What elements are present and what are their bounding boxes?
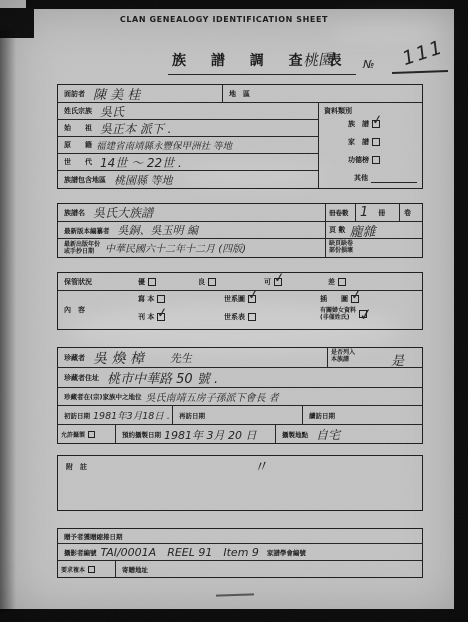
listed-value: 是 <box>391 350 404 369</box>
row-value: 14世 ～ 22世 . <box>100 154 182 171</box>
row-label: 姓氏宗族 <box>64 106 92 116</box>
table-row: 世 代 14世 ～ 22世 . <box>58 154 318 171</box>
filmplace-cell: 攝製地點 自宅 <box>276 425 422 444</box>
filmplace-value: 自宅 <box>316 426 340 443</box>
filmno-row: 攝影者編號 TAI/0001A REEL 91 Item 9 家譜學會編號 <box>58 544 422 561</box>
holder-suffix: 先生 <box>170 350 192 366</box>
filmdate-value: 1981年 3月 20 日 <box>164 427 256 443</box>
sendaddr-cell: 寄贈地址 <box>116 561 422 577</box>
category-option: 族 譜 ✓ <box>348 119 422 129</box>
category-title: 資料類別 <box>324 106 422 116</box>
condition-label-cell: 保管狀況 <box>58 273 138 290</box>
scroll-unit-cell: 卷 <box>400 204 422 221</box>
stray-pen-mark <box>216 593 254 596</box>
checkbox: ✓ <box>351 295 359 303</box>
position-row: 珍藏者在(宗)家族中之地位 吳氏南靖五房子孫派下會長 者 <box>58 388 422 406</box>
checkbox <box>88 566 95 573</box>
pages-row: 頁 數 龐雜 <box>326 222 422 239</box>
table-notes: 附 註 〃 <box>57 455 423 511</box>
notes-label: 附 註 <box>66 462 87 472</box>
table-condition-content: 保管狀況 優 良 可 ✓ 差 內 容 <box>57 272 423 330</box>
address-row: 珍藏者住址 桃市中華路 50 號 . <box>58 368 422 388</box>
checkbox <box>372 156 380 164</box>
scan-border-top <box>26 0 468 9</box>
genealogy-name-label: 族譜名 <box>64 208 85 218</box>
content-option-women: 有關婦女資料 (非僅姓氏) ✓ <box>320 307 422 321</box>
notes-value: 〃 <box>251 455 270 479</box>
visit1-value: 1981年3月18日 . <box>93 408 170 422</box>
content-col-form: 寫 本 刊 本 ✓ <box>138 291 224 329</box>
position-value: 吳氏南靖五房子孫派下會長 者 <box>145 389 278 404</box>
visit3-cell: 續訪日期 <box>303 406 422 424</box>
visit2-cell: 再訪日期 <box>173 406 303 424</box>
permit-cell: 允許攝製 <box>58 425 116 444</box>
table-microfilm: 贈予者獲贈縮捲日期 攝影者編號 TAI/0001A REEL 91 Item 9… <box>57 528 423 578</box>
option-label: 家 譜 <box>348 137 369 147</box>
row-value: 吳氏 <box>100 103 124 120</box>
table-row: 族譜名 吳氏大族譜 <box>58 204 325 222</box>
table-row: 最新出版年份 或手抄日期 中華民國六十二年十二月 (四版) <box>58 239 325 256</box>
content-option: 世系表 <box>224 312 320 322</box>
holder-row: 珍藏者 吳 煥 樟 先生 是否列入 本族譜 是 <box>58 348 422 368</box>
pages-label: 頁 數 <box>329 225 345 235</box>
table-holder: 珍藏者 吳 煥 樟 先生 是否列入 本族譜 是 珍藏者住址 桃市中華路 50 號… <box>57 347 423 444</box>
table-basic-info: 面訪者 陳 美 桂 地 區 姓氏宗族 吳氏 始 祖 吳正本 派下 . 原 籍 <box>57 84 423 189</box>
filmdate-cell: 預約攝製日期 1981年 3月 20 日 <box>116 425 276 444</box>
society-label: 家譜學會編號 <box>267 548 306 557</box>
area-cell: 地 區 <box>222 85 422 102</box>
content-option: 插 圖 ✓ <box>320 294 422 304</box>
table-row: 始 祖 吳正本 派下 . <box>58 120 318 137</box>
condition-option: 可 ✓ <box>264 277 328 287</box>
checkbox: ✓ <box>248 295 256 303</box>
pages-value: 龐雜 <box>349 221 375 240</box>
holder-name: 吳 煥 樟 <box>93 348 144 368</box>
holder-label: 珍藏者 <box>64 353 85 363</box>
option-label: 族 譜 <box>348 119 369 129</box>
checkbox: ✓ <box>359 310 367 318</box>
scan-border-bottom <box>0 609 468 622</box>
interviewer-label: 面訪者 <box>64 89 85 99</box>
interviewer-value: 陳 美 桂 <box>93 84 140 103</box>
content-option: 刊 本 ✓ <box>138 312 224 322</box>
grant-row: 贈予者獲贈縮捲日期 <box>58 529 422 544</box>
scanned-genealogy-form: CLAN GENEALOGY IDENTIFICATION SHEET 族 譜 … <box>0 0 468 622</box>
pubdate-value: 中華民國六十二年十二月 (四版) <box>105 240 246 255</box>
blank-line <box>371 174 417 183</box>
holder-cell: 珍藏者 吳 煥 樟 先生 <box>58 348 327 367</box>
visit1-cell: 初訪日期 1981年3月18日 . <box>58 406 173 424</box>
checkbox: ✓ <box>157 313 165 321</box>
number-underline <box>392 70 448 74</box>
condition-row: 保管狀況 優 良 可 ✓ 差 <box>58 273 422 291</box>
condition-option: 優 <box>138 277 198 287</box>
content-row: 內 容 寫 本 刊 本 ✓ 世系圖 ✓ 世系表 <box>58 291 422 329</box>
visit-row: 初訪日期 1981年3月18日 . 再訪日期 續訪日期 <box>58 406 422 425</box>
other-label: 其他 <box>354 173 368 183</box>
content-col-lineage: 世系圖 ✓ 世系表 <box>224 291 320 329</box>
volume-unit-label: 冊 <box>378 208 385 218</box>
listed-cell: 是否列入 本族譜 是 <box>327 348 422 367</box>
address-label: 珍藏者住址 <box>64 373 99 383</box>
checkbox <box>208 278 216 286</box>
category-option: 功德榜 <box>348 155 422 165</box>
interviewer-cell: 面訪者 陳 美 桂 <box>58 85 222 102</box>
checkbox <box>88 431 95 438</box>
condition-option: 差 <box>328 277 346 287</box>
volumes-row: 冊卷數 1 冊 卷 <box>326 204 422 222</box>
row-value: 桃園縣 等地 <box>114 172 173 188</box>
checkmark: ✓ <box>273 270 286 286</box>
checkbox: ✓ <box>372 120 380 128</box>
scan-edge-shadow <box>0 30 16 612</box>
checkbox <box>248 313 256 321</box>
english-header: CLAN GENEALOGY IDENTIFICATION SHEET <box>0 15 448 24</box>
table-publication: 族譜名 吳氏大族譜 最新版本編纂者 吳銅、吳玉明 編 最新出版年份 或手抄日期 … <box>57 203 423 258</box>
grant-label: 贈予者獲贈縮捲日期 <box>64 532 123 541</box>
volumes-label-cell: 冊卷數 <box>326 204 356 221</box>
pubdate-label: 最新出版年份 或手抄日期 <box>64 241 100 255</box>
filming-row: 允許攝製 預約攝製日期 1981年 3月 20 日 攝製地點 自宅 <box>58 425 422 444</box>
checkbox <box>338 278 346 286</box>
number-label: № <box>363 58 374 71</box>
publication-right: 冊卷數 1 冊 卷 頁 數 龐雜 缺頁缺卷 部份損壞 <box>325 204 422 257</box>
condition-option: 良 <box>198 277 264 287</box>
publication-left: 族譜名 吳氏大族譜 最新版本編纂者 吳銅、吳玉明 編 最新出版年份 或手抄日期 … <box>58 204 325 257</box>
row-label: 原 籍 <box>64 140 92 150</box>
copy-cell: 要求複本 <box>58 561 116 577</box>
scan-border-right <box>454 0 468 622</box>
table-row: 原 籍 福建省南靖縣永豐保甲洲社 等地 <box>58 137 318 154</box>
women-data-label: 有關婦女資料 (非僅姓氏) <box>320 307 356 321</box>
copy-row: 要求複本 寄贈地址 <box>58 561 422 577</box>
table-row: 姓氏宗族 吳氏 <box>58 103 318 120</box>
table-row: 最新版本編纂者 吳銅、吳玉明 編 <box>58 222 325 239</box>
option-label: 功德榜 <box>348 155 369 165</box>
content-col-extra: 插 圖 ✓ 有關婦女資料 (非僅姓氏) ✓ <box>320 291 422 329</box>
volumes-value-cell: 1 冊 <box>356 204 400 221</box>
area-label: 地 區 <box>229 89 250 99</box>
handwritten-number: 111 <box>400 36 447 70</box>
filmno-label: 攝影者編號 <box>64 548 97 557</box>
checkbox: ✓ <box>274 278 282 286</box>
category-option: 家 譜 <box>348 137 422 147</box>
missing-row: 缺頁缺卷 部份損壞 <box>326 239 422 256</box>
row-value: 福建省南靖縣永豐保甲洲社 等地 <box>96 138 232 152</box>
checkbox <box>157 295 165 303</box>
genealogy-name-value: 吳氏大族譜 <box>93 204 153 221</box>
row-value: 吳正本 派下 . <box>100 120 171 137</box>
content-option: 世系圖 ✓ <box>224 294 320 304</box>
filmno-value: TAI/0001A REEL 91 Item 9 <box>101 544 259 560</box>
listed-label: 是否列入 本族譜 <box>331 349 355 363</box>
checkbox <box>372 138 380 146</box>
editor-value: 吳銅、吳玉明 編 <box>118 222 199 238</box>
row-label: 世 代 <box>64 157 92 167</box>
checkbox <box>148 278 156 286</box>
content-option: 寫 本 <box>138 294 224 304</box>
address-value: 桃市中華路 50 號 . <box>107 368 218 387</box>
handwritten-region: 桃園 <box>302 48 333 71</box>
table-row: 族譜包含地區 桃園縣 等地 <box>58 171 318 188</box>
checkmark: ✓ <box>358 304 374 325</box>
row-label: 始 祖 <box>64 123 92 133</box>
position-label: 珍藏者在(宗)家族中之地位 <box>64 392 141 401</box>
clan-rows: 姓氏宗族 吳氏 始 祖 吳正本 派下 . 原 籍 福建省南靖縣永豐保甲洲社 等地… <box>58 103 318 188</box>
volumes-value: 1 <box>360 205 368 220</box>
editor-label: 最新版本編纂者 <box>64 226 110 235</box>
checkmark: ✓ <box>156 305 169 321</box>
category-box: 資料類別 族 譜 ✓ 家 譜 功德榜 其他 <box>318 103 422 188</box>
content-label-cell: 內 容 <box>58 291 138 329</box>
row-label: 族譜包含地區 <box>64 175 106 185</box>
category-other: 其他 <box>354 173 422 183</box>
